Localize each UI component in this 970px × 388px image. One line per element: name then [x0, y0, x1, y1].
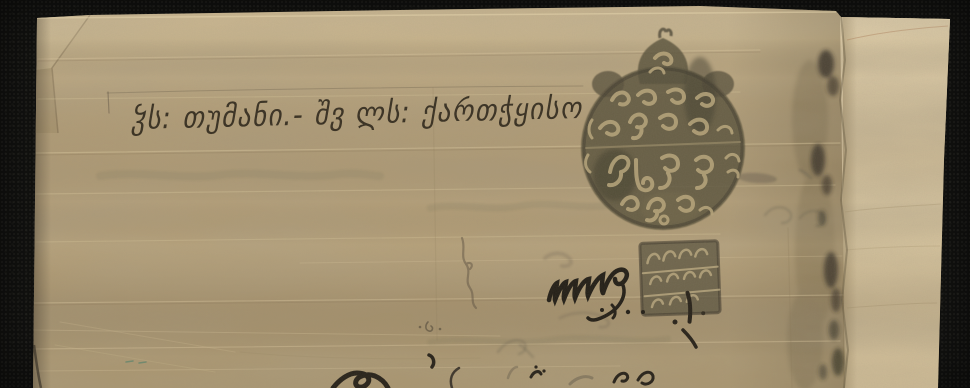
paper-grain-texture: [0, 0, 970, 388]
left-paper-edge: [33, 14, 51, 388]
photo-background: ჴს: თუმანი.- შვ ლს: ქართჭყისო: [0, 0, 970, 388]
manuscript-photo: ჴს: თუმანი.- შვ ლს: ქართჭყისო: [0, 0, 970, 388]
